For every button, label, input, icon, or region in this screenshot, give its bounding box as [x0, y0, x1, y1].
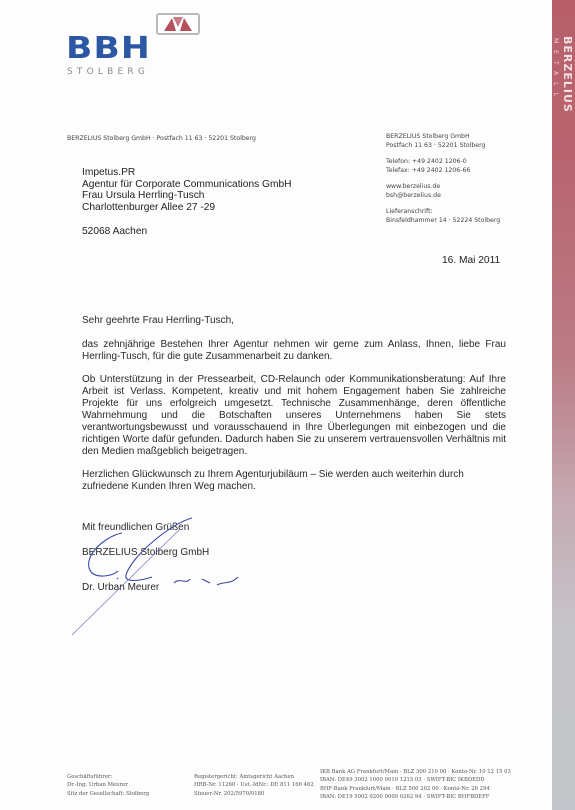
footer-text: Dr.-Ing. Urban Meurer [67, 781, 149, 789]
contact-email: bsh@berzelius.de [386, 192, 526, 201]
salutation: Sehr geehrte Frau Herrling-Tusch, [82, 315, 506, 327]
company-logo: BBH [66, 34, 151, 64]
recipient-city: 52068 Aachen [82, 226, 292, 238]
footer-text: Sitz der Gesellschaft: Stolberg [67, 790, 149, 798]
footer-text: Registergericht: Amtsgericht Aachen [194, 773, 314, 781]
side-brand: BERZELIUS METALL [553, 36, 575, 136]
footer-management: Geschäftsführer: Dr.-Ing. Urban Meurer S… [67, 773, 149, 798]
letter-date: 16. Mai 2011 [442, 255, 500, 266]
footer-text: Steuer-Nr. 202/5970/0180 [194, 790, 314, 798]
delivery-label: Lieferanschrift: [386, 208, 526, 217]
letter-body: Sehr geehrte Frau Herrling-Tusch, das ze… [82, 315, 506, 504]
contact-postbox: Postfach 11 63 · 52201 Stolberg [386, 142, 526, 151]
logo-subtitle: STOLBERG [67, 67, 149, 77]
recipient-address: Impetus.PR Agentur für Corporate Communi… [82, 167, 292, 238]
letter-closing: Mit freundlichen Grüßen BERZELIUS Stolbe… [82, 522, 209, 594]
footer-registry: Registergericht: Amtsgericht Aachen HRB-… [194, 773, 314, 798]
recipient-line-1: Impetus.PR [82, 167, 292, 179]
contact-company: BERZELIUS Stolberg GmbH [386, 133, 526, 142]
closing-company: BERZELIUS Stolberg GmbH [82, 547, 209, 559]
contact-fax: Telefax: +49 2402 1206-66 [386, 167, 526, 176]
recipient-line-3: Frau Ursula Herrling-Tusch [82, 190, 292, 202]
footer-text: HRB-Nr. 11260 · Ust.-IdNr.: DE 811 166 4… [194, 781, 314, 789]
logo-mark-icon [156, 13, 200, 35]
contact-info: BERZELIUS Stolberg GmbH Postfach 11 63 ·… [386, 133, 526, 225]
paragraph: Ob Unterstützung in der Pressearbeit, CD… [82, 374, 506, 457]
footer-text: BHF-Bank Frankfurt/Main · BLZ 500 202 00… [320, 785, 511, 793]
recipient-line-2: Agentur für Corporate Communications Gmb… [82, 179, 292, 191]
footer-text: IBAN: DE19 5002 0200 0000 0262 94 · SWIF… [320, 793, 511, 801]
footer-bank: IKB Bank AG Frankfurt/Main · BLZ 300 210… [320, 768, 511, 801]
footer-text: IBAN: DE49 3002 1000 0010 1215 03 · SWIF… [320, 776, 511, 784]
contact-web: www.berzelius.de [386, 183, 526, 192]
paragraph: das zehnjährige Bestehen Ihrer Agentur n… [82, 339, 506, 363]
paragraph: Herzlichen Glückwunsch zu Ihrem Agenturj… [82, 469, 506, 493]
side-brand-sub: METALL [552, 38, 559, 103]
recipient-line-4: Charlottenburger Allee 27 -29 [82, 202, 292, 214]
signer-name: Dr. Urban Meurer [82, 582, 209, 594]
sender-return-address: BERZELIUS Stolberg GmbH · Postfach 11 63… [67, 135, 256, 144]
delivery-address: Binsfeldhammer 14 · 52224 Stolberg [386, 217, 526, 226]
footer-text: IKB Bank AG Frankfurt/Main · BLZ 300 210… [320, 768, 511, 776]
footer-text: Geschäftsführer: [67, 773, 149, 781]
side-brand-name: BERZELIUS [561, 36, 574, 113]
contact-phone: Telefon: +49 2402 1206-0 [386, 158, 526, 167]
closing-phrase: Mit freundlichen Grüßen [82, 522, 209, 534]
